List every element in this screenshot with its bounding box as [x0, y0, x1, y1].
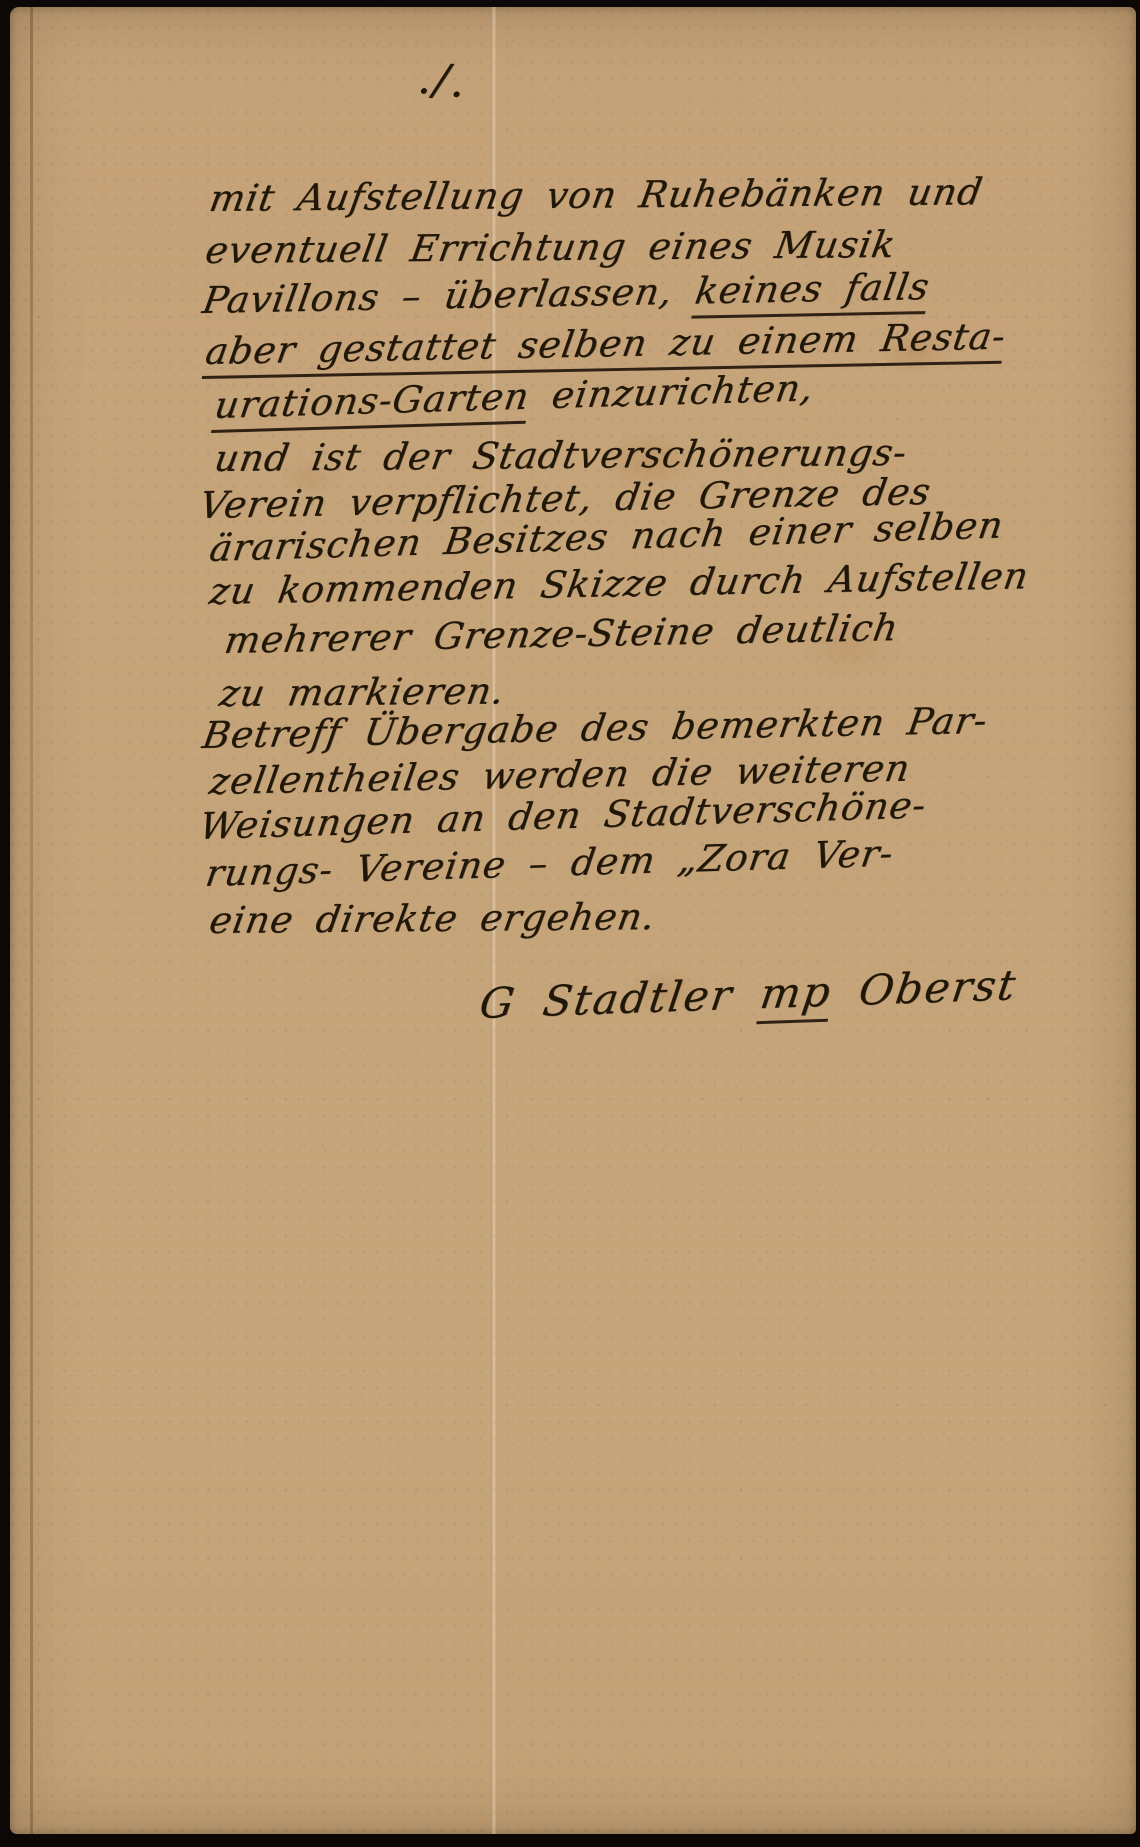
signature-mp-underlined: mp: [756, 967, 835, 1024]
paper-left-edge-shadow: [30, 7, 33, 1834]
signature-rank: Oberst: [828, 960, 1020, 1015]
line-text: eventuell Errichtung eines Musik: [202, 223, 899, 272]
manuscript-line: aber gestattet selben zu einem Resta-: [203, 315, 1010, 373]
line-text-underlined: urations-Garten: [211, 375, 532, 433]
line-text-underlined: aber gestattet selben zu einem Resta-: [202, 315, 1010, 379]
manuscript-line: eine direkte ergehen.: [206, 895, 659, 942]
line-text-underlined: keines falls: [691, 265, 932, 318]
manuscript-line: eventuell Errichtung eines Musik: [202, 223, 899, 272]
manuscript-paper: ./. mit Aufstellung von Ruhebänken und e…: [10, 7, 1136, 1834]
manuscript-line: mehrerer Grenze-Steine deutlich: [222, 606, 902, 662]
manuscript-line: mit Aufstellung von Ruhebänken und: [206, 170, 986, 220]
signature-name: G Stadtler: [477, 969, 765, 1028]
line-text: mit Aufstellung von Ruhebänken und: [206, 170, 986, 220]
line-text: mehrerer Grenze-Steine deutlich: [222, 606, 902, 662]
page-reference-mark: ./.: [415, 53, 469, 109]
line-text: Pavillons – überlassen,: [200, 270, 699, 322]
line-text: einzurichten,: [526, 366, 817, 417]
line-text: eine direkte ergehen.: [206, 895, 659, 942]
manuscript-line: Pavillons – überlassen, keines falls: [200, 265, 933, 322]
scanned-document-photo: ./. mit Aufstellung von Ruhebänken und e…: [0, 0, 1140, 1847]
signature: G Stadtler mp Oberst: [477, 960, 1021, 1028]
